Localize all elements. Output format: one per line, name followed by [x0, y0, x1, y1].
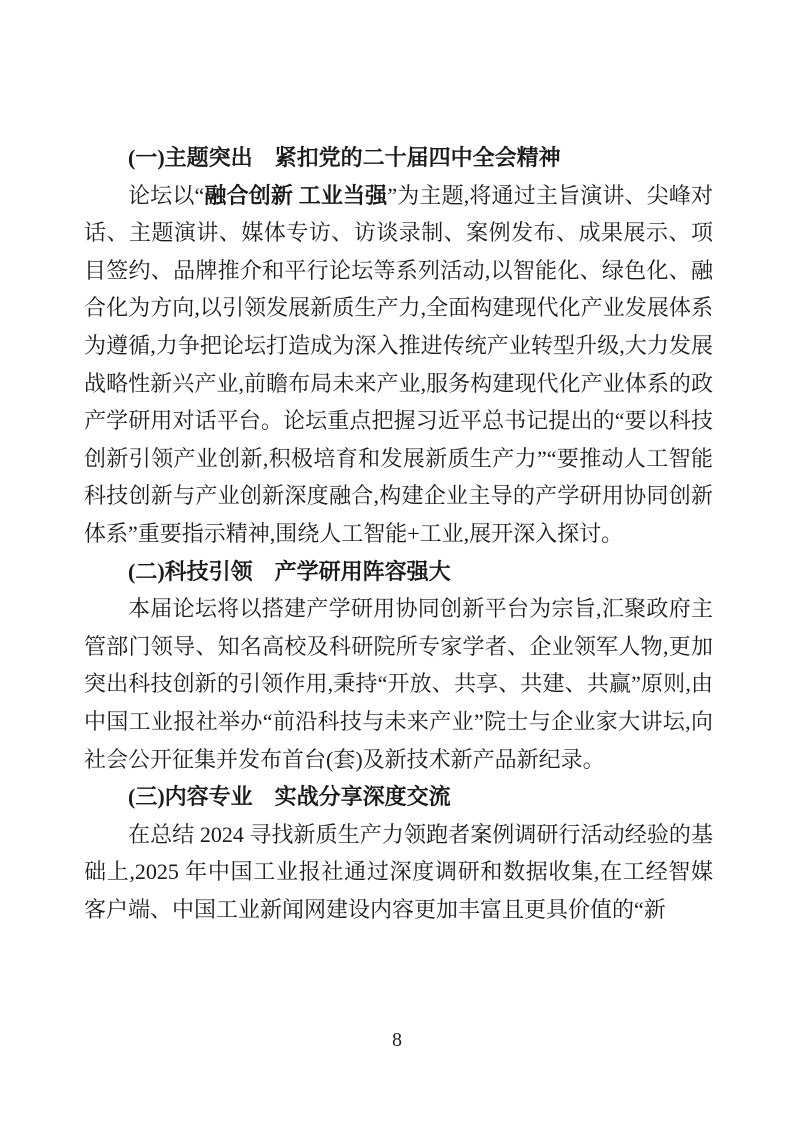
paragraph: 本届论坛将以搭建产学研用协同创新平台为宗旨,汇聚政府主管部门领导、知名高校及科研…	[84, 590, 713, 778]
text-run-bold: 融合创新 工业当强	[204, 183, 387, 208]
paragraph: 在总结 2024 寻找新质生产力领跑者案例调研行活动经验的基础上,2025 年中…	[84, 816, 713, 929]
section-heading: (三)内容专业 实战分享深度交流	[84, 778, 713, 816]
text-run: 在总结 2024 寻找新质生产力领跑者案例调研行活动经验的基础上,2025 年中…	[84, 822, 713, 922]
text-run: ”为主题,将通过主旨演讲、尖峰对话、主题演讲、媒体专访、访谈录制、案例发布、成果…	[84, 183, 713, 546]
text-run-bold: (一)主题突出 紧扣党的二十届四中全会精神	[128, 145, 561, 170]
document-body: (一)主题突出 紧扣党的二十届四中全会精神论坛以“融合创新 工业当强”为主题,将…	[84, 139, 713, 928]
page-number: 8	[0, 1026, 794, 1054]
text-run: 本届论坛将以搭建产学研用协同创新平台为宗旨,汇聚政府主管部门领导、知名高校及科研…	[84, 596, 713, 771]
paragraph: 论坛以“融合创新 工业当强”为主题,将通过主旨演讲、尖峰对话、主题演讲、媒体专访…	[84, 177, 713, 553]
section-heading: (二)科技引领 产学研用阵容强大	[84, 553, 713, 591]
text-run: 论坛以“	[128, 183, 204, 208]
document-page: (一)主题突出 紧扣党的二十届四中全会精神论坛以“融合创新 工业当强”为主题,将…	[0, 0, 794, 1123]
section-heading: (一)主题突出 紧扣党的二十届四中全会精神	[84, 139, 713, 177]
text-run-bold: (二)科技引领 产学研用阵容强大	[128, 559, 451, 584]
text-run-bold: (三)内容专业 实战分享深度交流	[128, 784, 451, 809]
